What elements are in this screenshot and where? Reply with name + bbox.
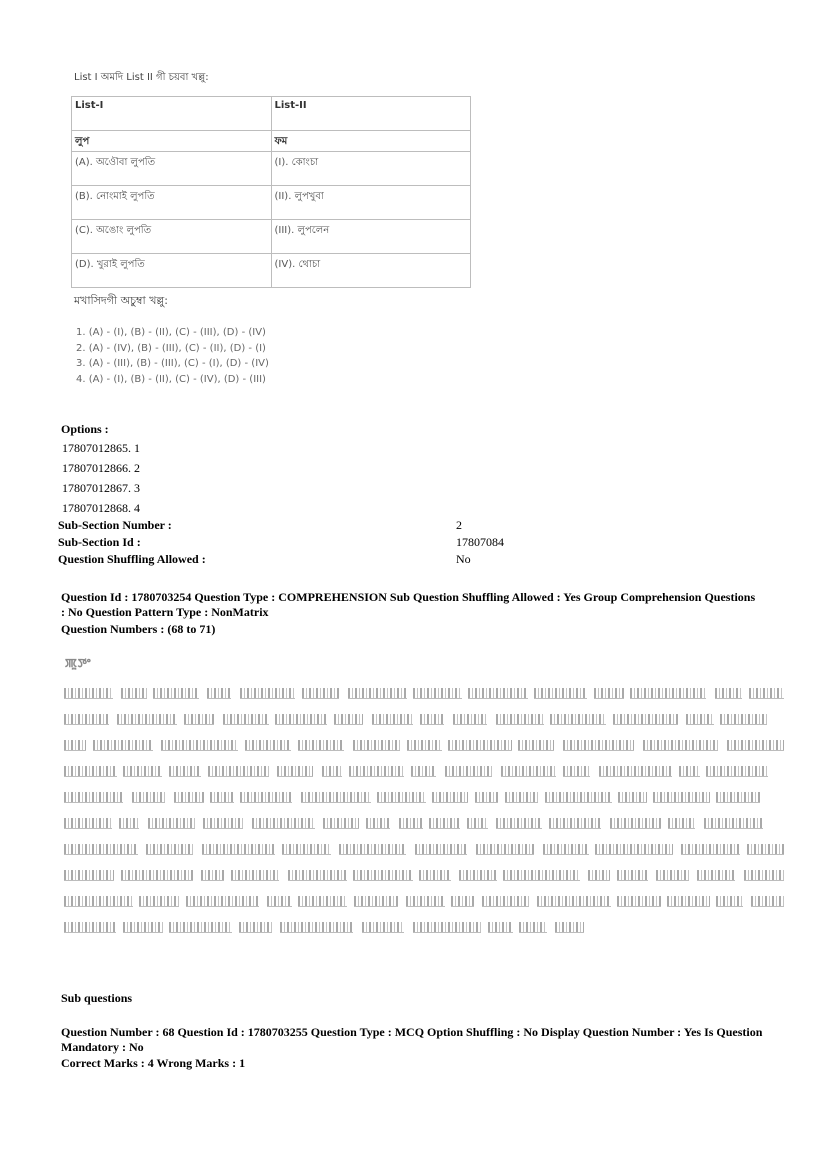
passage-line	[64, 740, 786, 750]
passage-line	[64, 818, 786, 828]
passage-line	[64, 922, 786, 932]
question-shuffling-label: Question Shuffling Allowed :	[58, 552, 206, 567]
table-cell: (IV). থোচা	[271, 254, 471, 288]
table-subheader-1: লুপ	[72, 131, 272, 152]
table-header-list-1: List-I	[72, 97, 272, 131]
option-item: 17807012866. 2	[62, 461, 140, 476]
sub-section-number-label: Sub-Section Number :	[58, 518, 172, 533]
passage-line	[64, 844, 786, 854]
table-cell: (B). নোংমাই লুপতি	[72, 186, 272, 220]
table-cell: (III). লুপলেন	[271, 220, 471, 254]
option-item: 17807012868. 4	[62, 501, 140, 516]
table-cell: (D). খুরাই লুপতি	[72, 254, 272, 288]
match-list-table: List-I List-II লুপ ফম (A). অওৌবা লুপতি (…	[71, 96, 471, 288]
passage-line	[64, 714, 786, 724]
table-cell: (I). কোংচা	[271, 152, 471, 186]
passage-line	[64, 766, 786, 776]
table-subheader-2: ফম	[271, 131, 471, 152]
table-row: (B). নোংমাই লুপতি (II). লুপখুবা	[72, 186, 471, 220]
answer-choice: 3. (A) - (III), (B) - (III), (C) - (I), …	[76, 356, 269, 372]
passage-title: ꯄꯨꯇꯦ	[65, 654, 92, 671]
sub-section-number-value: 2	[456, 518, 462, 533]
marks-info: Correct Marks : 4 Wrong Marks : 1	[61, 1056, 245, 1071]
choose-answer-label: মখাসিদগী অচুম্বা খল্লু:	[74, 292, 168, 311]
table-header-list-2: List-II	[271, 97, 471, 131]
table-cell: (II). লুপখুবা	[271, 186, 471, 220]
passage-line	[64, 870, 786, 880]
passage-line	[64, 792, 786, 802]
options-label: Options :	[61, 422, 109, 437]
answer-choice: 2. (A) - (IV), (B) - (III), (C) - (II), …	[76, 341, 269, 357]
table-row: (A). অওৌবা লুপতি (I). কোংচা	[72, 152, 471, 186]
question-header: Question Id : 1780703254 Question Type :…	[61, 590, 761, 620]
passage-text-image	[64, 688, 786, 948]
table-row: (D). খুরাই লুপতি (IV). থোচা	[72, 254, 471, 288]
table-cell: (A). অওৌবা লুপতি	[72, 152, 272, 186]
table-row: (C). অঙোং লুপতি (III). লুপলেন	[72, 220, 471, 254]
passage-line	[64, 896, 786, 906]
question-numbers: Question Numbers : (68 to 71)	[61, 622, 215, 637]
passage-line	[64, 688, 786, 698]
sub-question-header: Question Number : 68 Question Id : 17807…	[61, 1025, 781, 1055]
table-cell: (C). অঙোং লুপতি	[72, 220, 272, 254]
sub-section-id-label: Sub-Section Id :	[58, 535, 141, 550]
answer-choice-list: 1. (A) - (I), (B) - (II), (C) - (III), (…	[76, 325, 269, 387]
answer-choice: 1. (A) - (I), (B) - (II), (C) - (III), (…	[76, 325, 269, 341]
question-shuffling-value: No	[456, 552, 471, 567]
question-instruction: List I অমদি List II গী চয়বা খল্লু:	[74, 70, 209, 87]
option-item: 17807012865. 1	[62, 441, 140, 456]
option-item: 17807012867. 3	[62, 481, 140, 496]
sub-section-id-value: 17807084	[456, 535, 504, 550]
answer-choice: 4. (A) - (I), (B) - (II), (C) - (IV), (D…	[76, 372, 269, 388]
sub-questions-label: Sub questions	[61, 991, 132, 1006]
